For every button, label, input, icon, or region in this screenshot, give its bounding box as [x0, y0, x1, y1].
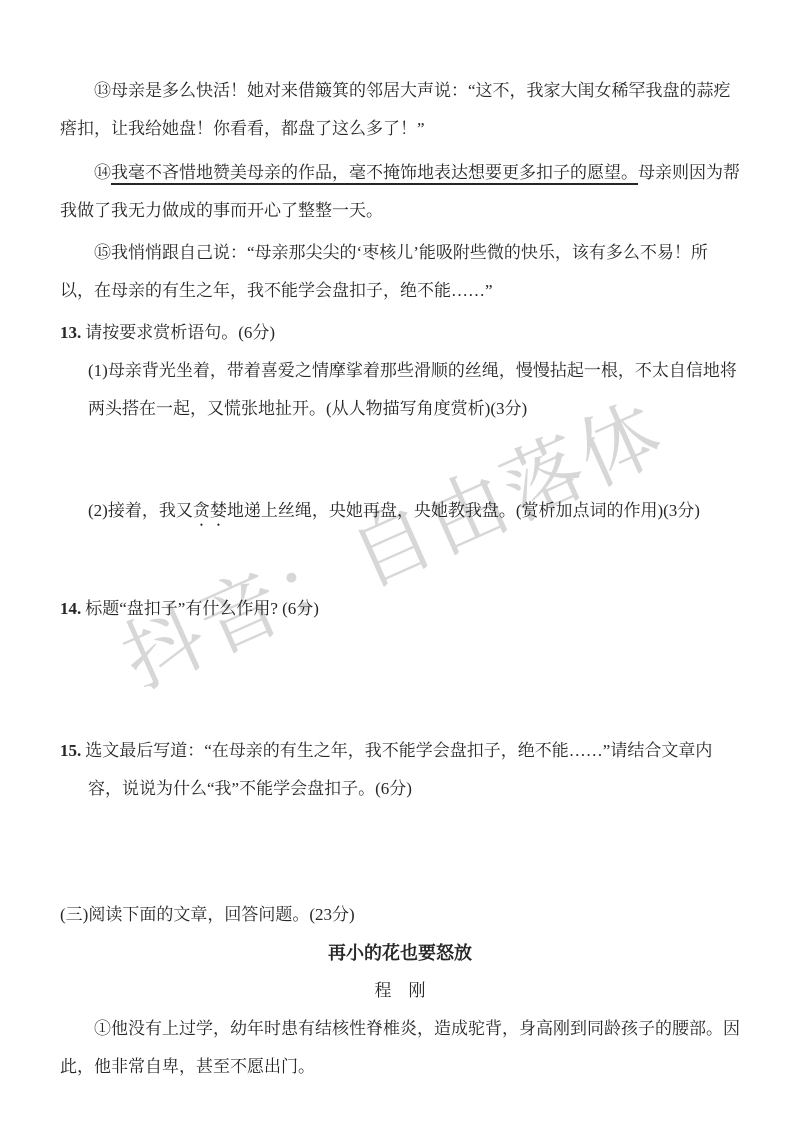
question-15-number: 15.	[60, 741, 81, 760]
question-13-sub-2: (2)接着，我又贪婪地递上丝绳，央她再盘，央她教我盘。(赏析加点词的作用)(3分…	[88, 492, 740, 530]
question-13-sub-1: (1)母亲背光坐着，带着喜爱之情摩挲着那些滑顺的丝绳，慢慢拈起一根，不太自信地将…	[88, 352, 740, 428]
question-15-text: 选文最后写道：“在母亲的有生之年，我不能学会盘扣子，绝不能……”请结合文章内容，…	[85, 741, 712, 798]
passage-paragraph-15: ⑮我悄悄跟自己说：“母亲那尖尖的‘枣核儿’能吸附些微的快乐，该有多么不易！所以，…	[60, 234, 740, 310]
question-13-number: 13.	[60, 323, 81, 342]
question-15: 15.选文最后写道：“在母亲的有生之年，我不能学会盘扣子，绝不能……”请结合文章…	[60, 732, 740, 808]
paragraph-13-text: 母亲是多么快活！她对来借簸箕的邻居大声说：“这不，我家大闺女稀罕我盘的蒜疙瘩扣，…	[60, 81, 731, 138]
passage-paragraph-14: ⑭我毫不吝惜地赞美母亲的作品，毫不掩饰地表达想要更多扣子的愿望。母亲则因为帮我做…	[60, 154, 740, 230]
section-3-paragraph-1-text: 他没有上过学，幼年时患有结核性脊椎炎，造成驼背，身高刚到同龄孩子的腰部。因此，他…	[60, 1019, 740, 1076]
question-13: 13.请按要求赏析语句。(6分)	[60, 314, 740, 352]
section-3-article-title: 再小的花也要怒放	[60, 934, 740, 972]
paragraph-15-text: 我悄悄跟自己说：“母亲那尖尖的‘枣核儿’能吸附些微的快乐，该有多么不易！所以，在…	[60, 243, 708, 300]
question-14-text: 标题“盘扣子”有什么作用? (6分)	[85, 599, 319, 618]
question-13-sub-1-text: 母亲背光坐着，带着喜爱之情摩挲着那些滑顺的丝绳，慢慢拈起一根，不太自信地将两头搭…	[88, 361, 737, 418]
paragraph-14-marker: ⑭	[94, 163, 111, 182]
question-13-sub-1-label: (1)	[88, 361, 108, 380]
section-3-heading: (三)阅读下面的文章，回答问题。(23分)	[60, 896, 740, 934]
question-13-sub-2-before: 接着，我又	[108, 501, 193, 520]
section-3-paragraph-1-marker: ①	[94, 1019, 111, 1038]
question-13-text: 请按要求赏析语句。(6分)	[85, 323, 275, 342]
passage-paragraph-13: ⑬母亲是多么快活！她对来借簸箕的邻居大声说：“这不，我家大闺女稀罕我盘的蒜疙瘩扣…	[60, 72, 740, 148]
question-14: 14.标题“盘扣子”有什么作用? (6分)	[60, 590, 740, 628]
paragraph-13-marker: ⑬	[94, 81, 111, 100]
exam-page: ⑬母亲是多么快活！她对来借簸箕的邻居大声说：“这不，我家大闺女稀罕我盘的蒜疙瘩扣…	[0, 0, 800, 1086]
paragraph-15-marker: ⑮	[94, 243, 111, 262]
question-14-number: 14.	[60, 599, 81, 618]
question-13-sub-2-label: (2)	[88, 501, 108, 520]
question-13-sub-2-after: 地递上丝绳，央她再盘，央她教我盘。(赏析加点词的作用)(3分)	[227, 501, 700, 520]
section-3-paragraph-1: ①他没有上过学，幼年时患有结核性脊椎炎，造成驼背，身高刚到同龄孩子的腰部。因此，…	[60, 1010, 740, 1086]
paragraph-14-underlined-sentence: 我毫不吝惜地赞美母亲的作品，毫不掩饰地表达想要更多扣子的愿望。	[111, 163, 638, 182]
question-13-sub-2-emphasized-word: 贪婪	[193, 501, 227, 520]
section-3-article-author: 程 刚	[60, 972, 740, 1010]
